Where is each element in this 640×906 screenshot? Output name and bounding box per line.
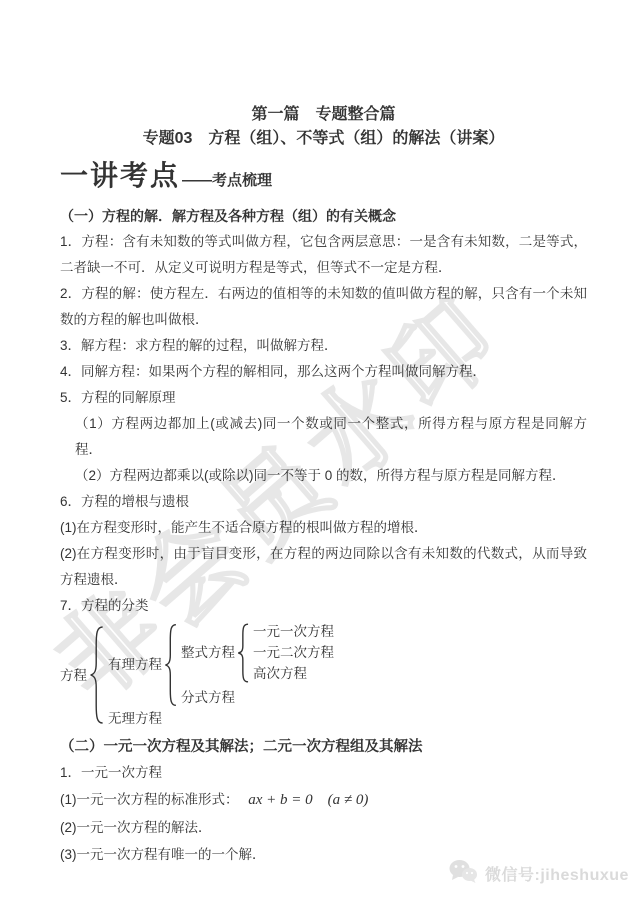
tree-rational-label: 有理方程 — [108, 654, 162, 675]
paragraph-solving-equation: 3．解方程：求方程的解的过程，叫做解方程． — [60, 333, 587, 359]
document-page: 非会员水印 微信号:jiheshuxue 第一篇 专题整合篇 专题03 方程（组… — [0, 0, 640, 906]
brace-level1-icon — [89, 625, 105, 725]
tree-integral-label: 整式方程 — [181, 642, 235, 663]
paragraph-unique-solution: (3)一元一次方程有唯一的一个解． — [60, 841, 587, 868]
equation-classification-diagram: 方程 有理方程 整式方程 — [60, 621, 587, 729]
section2-heading: （二）一元一次方程及其解法；二元一次方程组及其解法 — [60, 737, 587, 757]
lecture-heading-main: 一讲考点 — [60, 162, 180, 192]
principle-item-1: （1）方程两边都加上(或减去)同一个数或同一个整式，所得方程与原方程是同解方程． — [60, 411, 587, 463]
series-title: 第一篇 专题整合篇 — [60, 106, 587, 124]
tree-irrational-label: 无理方程 — [108, 708, 162, 729]
tree-fractional-label: 分式方程 — [181, 687, 235, 708]
brace-level3-icon — [237, 623, 250, 683]
principle-item-2: （2）方程两边都乘以(或除以)同一不等于 0 的数，所得方程与原方程是同解方程． — [60, 463, 587, 489]
standard-form-label: (1)一元一次方程的标准形式： — [60, 792, 239, 807]
document-content: 第一篇 专题整合篇 专题03 方程（组）、不等式（组）的解法（讲案） 一讲考点 … — [60, 106, 587, 868]
paragraph-standard-form: (1)一元一次方程的标准形式： ax + b = 0 (a ≠ 0) — [60, 786, 587, 814]
lecture-heading: 一讲考点 ——考点梳理 — [60, 162, 587, 192]
topic-title: 专题03 方程（组）、不等式（组）的解法（讲案） — [60, 130, 587, 148]
tree-root-label: 方程 — [60, 665, 87, 686]
paragraph-definition-equation: 1．方程：含有未知数的等式叫做方程，它包含两层意思：一是含有未知数，二是等式，二… — [60, 229, 587, 281]
paragraph-linear-equation-heading: 1．一元一次方程 — [60, 759, 587, 786]
lecture-heading-sub: ——考点梳理 — [182, 170, 272, 192]
section2-body: 1．一元一次方程 (1)一元一次方程的标准形式： ax + b = 0 (a ≠… — [60, 759, 587, 868]
standard-form-formula: ax + b = 0 (a ≠ 0) — [248, 792, 368, 808]
extraneous-root-item-2: (2)在方程变形时，由于盲目变形，在方程的两边同除以含有未知数的代数式，从而导致… — [60, 541, 587, 593]
paragraph-linear-solution-method: (2)一元一次方程的解法． — [60, 814, 587, 841]
paragraph-equivalent-equations: 4．同解方程：如果两个方程的解相同，那么这两个方程叫做同解方程． — [60, 359, 587, 385]
paragraph-extraneous-roots-heading: 6．方程的增根与遗根 — [60, 489, 587, 515]
tree-leaf-quadratic: 一元二次方程 — [253, 642, 334, 663]
section1-body: 1．方程：含有未知数的等式叫做方程，它包含两层意思：一是含有未知数，二是等式，二… — [60, 229, 587, 619]
paragraph-classification-heading: 7．方程的分类 — [60, 593, 587, 619]
brace-level2-icon — [164, 623, 178, 707]
paragraph-equivalence-principle: 5．方程的同解原理 — [60, 385, 587, 411]
tree-leaf-linear: 一元一次方程 — [253, 621, 334, 642]
section1-heading: （一）方程的解．解方程及各种方程（组）的有关概念 — [60, 206, 587, 226]
paragraph-solution-of-equation: 2．方程的解：使方程左．右两边的值相等的未知数的值叫做方程的解，只含有一个未知数… — [60, 281, 587, 333]
extraneous-root-item-1: (1)在方程变形时，能产生不适合原方程的根叫做方程的增根． — [60, 515, 587, 541]
tree-leaf-higher-order: 高次方程 — [253, 663, 307, 684]
